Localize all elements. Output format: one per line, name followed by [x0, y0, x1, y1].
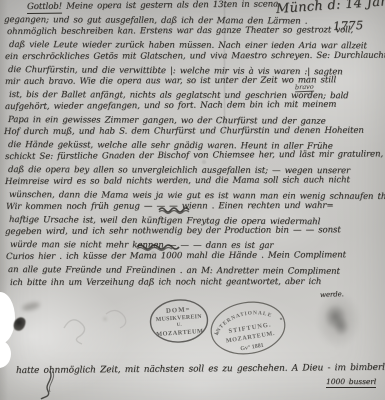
handwriting-line: Papa in ein gewisses Zimmer gangen, wo d… [8, 116, 326, 126]
handwriting-line: schickt Se: fürstliche Gnaden der Bischo… [5, 150, 383, 161]
stamp-internationale-stiftung-mozarteum: INTERNATIONALE STIFTUNG. MOZARTEUM. Gv° … [202, 293, 294, 363]
handwriting-line: ohnmöglich beschreiben kan. Erstens war … [7, 26, 353, 36]
opening-word-underlined: Gottlob! [27, 2, 62, 14]
paper-cutout [0, 292, 15, 344]
handwriting-line: Gottlob! Meine opera ist gestern als den… [27, 0, 278, 11]
handwriting-line: Hof durch muß, und hab S. dem Churfürst … [4, 127, 364, 137]
paper-cutout [0, 340, 11, 368]
letter-scan-page: Münch d: 14 Jäner 1775 Gottlob! Meine op… [0, 0, 385, 400]
inserted-word-bravo: bravo [295, 84, 314, 92]
handwriting-line: mir auch bravo. Wie die opera aus war, s… [5, 76, 336, 86]
stamp-text: DOM= [166, 306, 191, 315]
handwriting-line: Curios hier . ich küsse der Mama 1000 ma… [6, 251, 346, 261]
stamp-text: U. [177, 323, 183, 328]
date-place: Münch d: 14 Jäner [276, 0, 385, 16]
handwriting-text: Meine opera ist gestern als den 13ten in… [66, 0, 278, 12]
stamp-star-right: * [279, 318, 283, 324]
handwriting-line: gegangen; und so gut ausgefallen, daß ic… [4, 16, 307, 26]
closing-line: hatte ohnmöglich Zeit, mit nächsten soll… [16, 364, 385, 376]
handwriting-line: an alle gute Freünde und Freündinen . an… [8, 266, 340, 276]
handwriting-line: daß die opera bey allen so unvergleichli… [8, 166, 350, 176]
closing-underlined-note: 1000 busserl [326, 378, 376, 386]
ink-smear [21, 301, 40, 312]
strikethrough-scribble [136, 242, 180, 252]
ghost-writing-marks [58, 300, 153, 352]
stamp-dom-musikverein-mozarteum: DOM= MUSIKVEREIN U. MOZARTEUM [145, 295, 212, 347]
strikethrough-scribble [158, 205, 194, 215]
handwriting-line: aufgehört, wieder angefangen, und so for… [5, 101, 336, 112]
descender-flourish [38, 370, 64, 400]
handwriting-line: Heimreise wird es so bald nichts werden,… [5, 176, 350, 186]
handwriting-line: ich bitte ihn um Verzeihung daß ich noch… [10, 278, 321, 288]
smudge [316, 294, 362, 348]
foxing-specks [0, 0, 2, 2]
stamp-text: MUSIKVEREIN [156, 314, 203, 323]
handwriting-line: daß viele Leute wieder zurück haben müss… [9, 41, 367, 51]
handwriting-line: ein erschröckliches Getös mit Glatschen,… [5, 52, 385, 62]
handwriting-line: gegeben wird, und ich sehr nothwendig be… [5, 226, 341, 236]
underlined-kisses-note: 1000 busserl [326, 377, 376, 388]
